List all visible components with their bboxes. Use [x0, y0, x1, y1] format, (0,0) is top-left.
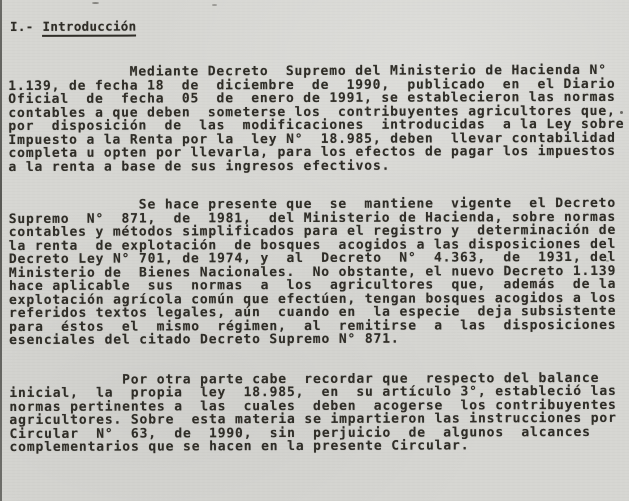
paragraph-introduccion-3: Por otra parte cabe recordar que respect…: [9, 371, 624, 454]
scan-edge-shadow: [0, 0, 2, 501]
section-number: I.-: [10, 19, 34, 34]
paragraph-introduccion-2: Se hace presente que se mantiene vigente…: [9, 197, 625, 348]
scan-speck: [212, 4, 217, 6]
scan-speck: [92, 2, 99, 4]
paragraph-introduccion-1: Mediante Decreto Supremo del Ministerio …: [8, 64, 623, 174]
section-title: Introducción: [42, 19, 136, 37]
text-line: esenciales del citado Decreto Supremo N°…: [9, 332, 624, 348]
scanned-document-page: I.-Introducción Mediante Decreto Supremo…: [0, 0, 629, 501]
text-line: complementarios que se hacen en la prese…: [9, 439, 624, 455]
section-heading: I.-Introducción: [10, 18, 623, 34]
text-line: a la renta a base de sus ingresos efecti…: [8, 158, 623, 174]
document-body: I.-Introducción Mediante Decreto Supremo…: [8, 18, 625, 455]
